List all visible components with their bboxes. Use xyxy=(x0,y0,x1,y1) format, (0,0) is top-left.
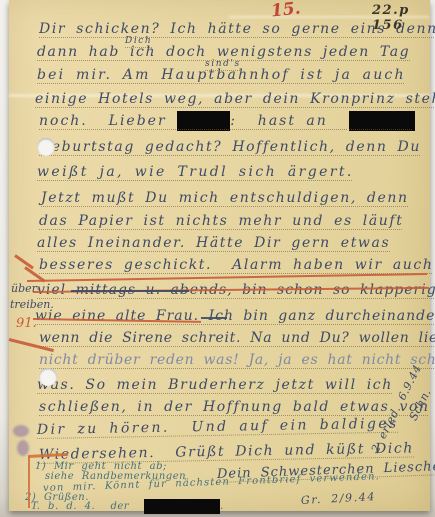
line-10: alles Ineinander. Hätte Dir gern etwas xyxy=(37,236,390,251)
insert-above-line-2: Dich xyxy=(125,37,152,47)
insert-above-line-3: sind's xyxy=(205,60,241,70)
stamp-blot-2 xyxy=(17,440,29,456)
line-3: bei mir. Am Hauptbahnhof ist ja auch xyxy=(37,68,406,83)
line-16: was. So mein Bruderherz jetzt will ich xyxy=(37,378,393,393)
ink-dash-line-13 xyxy=(201,317,227,319)
margin-note-hyphen-1: über- xyxy=(11,283,41,295)
line-17: schließen, in der Hoffnung bald etwas vo… xyxy=(39,400,430,415)
line-18: Dir zu hören. Und auf ein baldiges xyxy=(37,417,399,439)
line-11: besseres geschickt. Alarm haben wir auch xyxy=(39,258,433,273)
date-note: Gr. 2/9.44 xyxy=(301,491,377,507)
letter-scan: 22.p 156 15. Dir schicken? Ich hätte so … xyxy=(0,0,435,517)
redaction-box: ████ xyxy=(177,111,230,131)
line-6: Geburtstag gedacht? Hoffentlich, denn Du xyxy=(39,140,421,155)
margin-note-hyphen-2: treiben. xyxy=(10,299,54,311)
line-14: wenn die Sirene schreit. Na und Du? woll… xyxy=(39,331,435,346)
line-15: nicht drüber reden was! Ja, ja es hat ni… xyxy=(39,353,435,368)
censor-rule-top xyxy=(27,273,427,282)
letter-paper: 22.p 156 15. Dir schicken? Ich hätte so … xyxy=(9,0,430,511)
line-8: Jetzt mußt Du mich entschuldigen, denn xyxy=(41,191,409,206)
line-1: Dir schicken? Ich hätte so gerne eins de… xyxy=(39,22,435,37)
redaction-box: █████ xyxy=(349,111,415,131)
line-4: einige Hotels weg, aber dein Kronprinz s… xyxy=(35,92,435,107)
line-13: wie eine alte Frau. Ich bin ganz durchei… xyxy=(35,309,435,324)
red-folio-number: 15. xyxy=(270,0,302,21)
hole-punch-top xyxy=(37,138,55,156)
stamp-blot-1 xyxy=(13,425,29,437)
redaction-box: █████████ xyxy=(144,499,220,514)
line-9: das Papier ist nichts mehr und es läuft xyxy=(39,214,403,229)
line-5: noch. Lieber ████: hast an █████ xyxy=(39,114,415,129)
corner-bracket-vertical xyxy=(28,456,30,508)
green-note-5: T. b. d. 4. der █████████. xyxy=(31,501,224,512)
hole-punch-bottom xyxy=(39,368,57,386)
line-7: weißt ja, wie Trudl sich ärgert. xyxy=(37,165,354,180)
ink-strike-line-12 xyxy=(71,290,189,292)
